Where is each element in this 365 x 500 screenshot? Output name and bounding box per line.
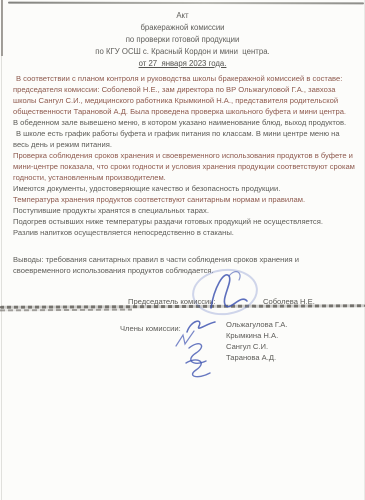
paragraph-containers: Поступившие продукты хранятся в специаль… [13,205,356,216]
document-date: от 27 января 2023 года. [0,58,365,70]
title-institution: по КГУ ОСШ с. Красный Кордон и мини цент… [0,46,365,58]
title-commission: бракеражной комиссии [0,22,365,34]
document-body: В соответствии с планом контроля и руков… [0,70,365,276]
member-names-list: Ольжагулова Г.А. Крымкина Н.А. Сангул С.… [226,319,287,363]
member-name: Таранова А.Д. [226,352,287,363]
title-subject: по проверки готовой продукции [0,34,365,46]
paragraph-storage-check: Проверка соблюдения сроков хранения и св… [13,150,356,183]
paragraph-schedule: В школе есть график работы буфета и граф… [13,128,356,150]
paragraph-beverages: Разлив напитков осуществляется непосредс… [13,227,356,238]
members-label: Члены комиссии: [120,324,181,333]
paragraph-menu: В обеденном зале вывешено меню, в которо… [13,117,356,128]
paragraph-composition: В соответствии с планом контроля и руков… [13,73,356,117]
signature-scribble-line-2 [0,309,132,312]
chair-signature [205,266,259,312]
paragraph-conclusions: Выводы: требования санитарных правил в ч… [13,254,356,276]
paragraph-temperature: Температура хранения продуктов соответст… [13,194,356,205]
paragraph-reheating: Подогрев остывших ниже температуры разда… [13,216,356,227]
chair-name: Соболева Н.Е. [263,297,315,306]
scan-left-faint-line [1,0,2,500]
title-act: Акт [0,10,365,22]
member-name: Ольжагулова Г.А. [226,319,287,330]
member-name: Крымкина Н.А. [226,330,287,341]
members-signatures [173,316,231,380]
document-title-block: Акт бракеражной комиссии по проверки гот… [0,0,365,70]
chair-label: Председатель комиссии: [128,297,216,306]
scanned-document-page: Акт бракеражной комиссии по проверки гот… [0,0,365,500]
member-name: Сангул С.И. [226,341,287,352]
paragraph-documents: Имеются документы, удостоверяющие качест… [13,183,356,194]
